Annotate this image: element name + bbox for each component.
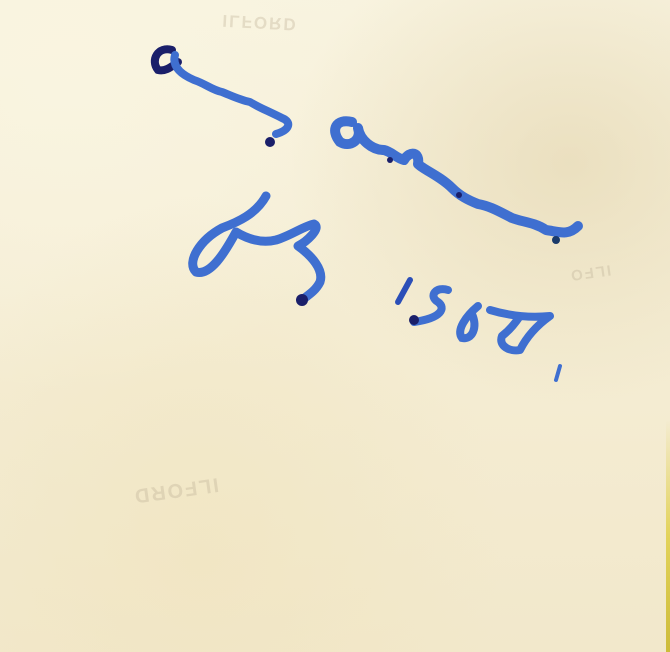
handwriting-strokes bbox=[0, 0, 670, 652]
